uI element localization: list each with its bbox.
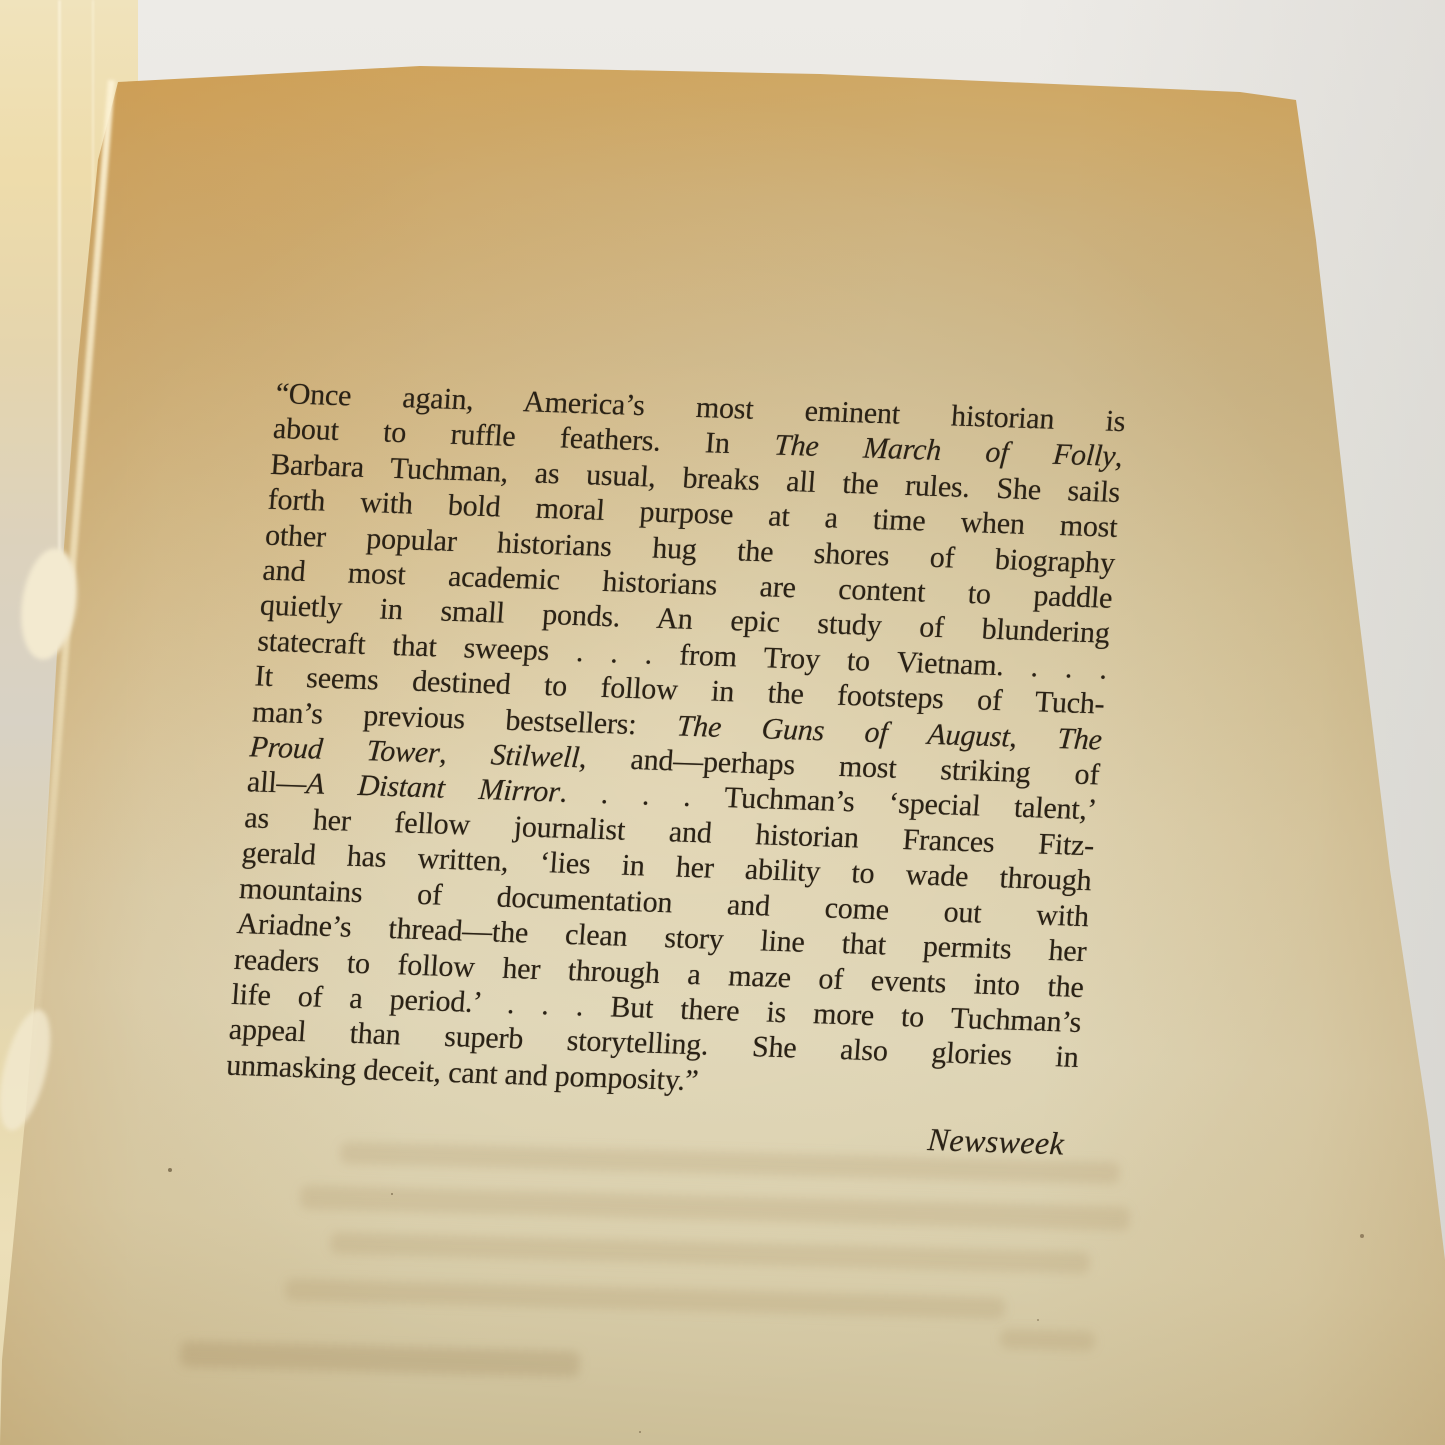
bleed-through-line [300,1185,1130,1231]
bleed-through-line [285,1279,1005,1320]
review-quote: “Once again, America’s most eminent hist… [221,376,1126,1162]
quote-segment-italic: Stilwell [490,738,581,774]
quote-segment: all— [246,766,308,801]
book-photo: “Once again, America’s most eminent hist… [0,0,1445,1445]
bleed-through-line [330,1232,1090,1274]
quote-segment: , [1009,720,1059,755]
quote-segment-italic: The [1056,722,1103,756]
quote-segment-italic: Proud Tower [249,730,441,769]
book-page: “Once again, America’s most eminent hist… [0,0,1445,1445]
dust-speck [168,1168,172,1172]
bleed-through-line [1000,1329,1095,1351]
bleed-through-line [180,1341,581,1377]
quote-segment: , [1114,440,1124,473]
quote-segment: , [438,737,492,772]
